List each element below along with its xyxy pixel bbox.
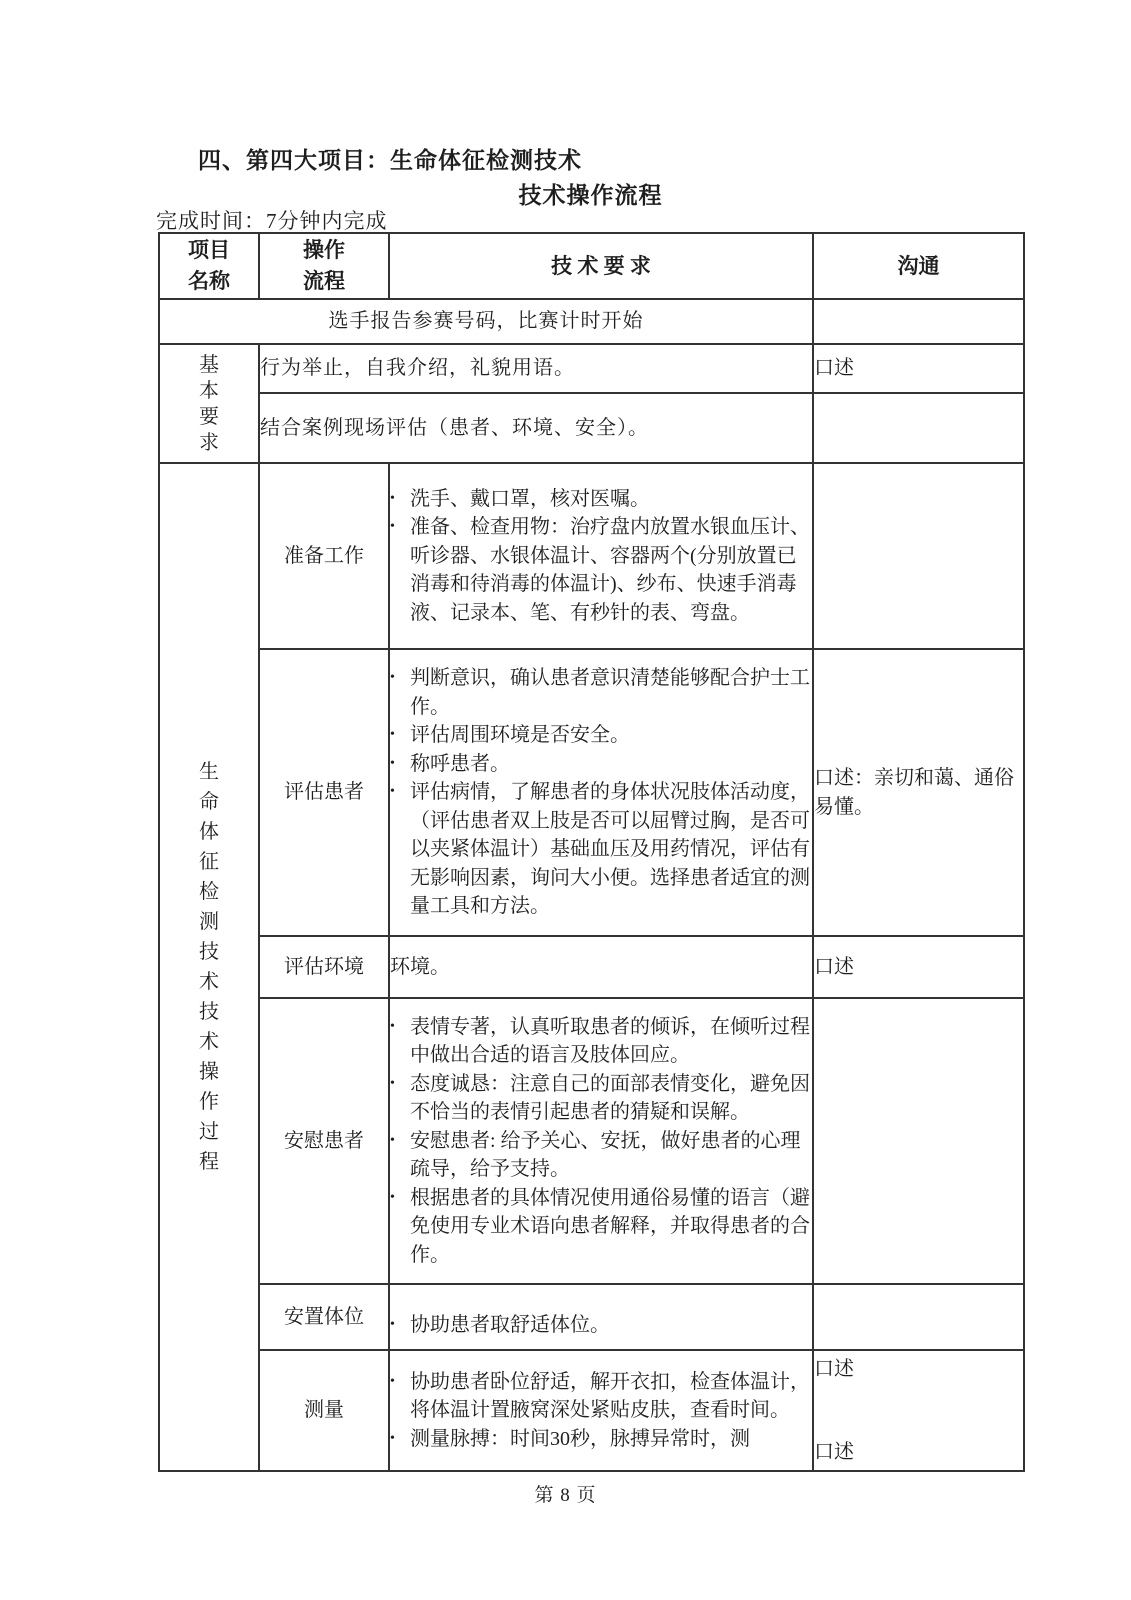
bullet-item: •评估周围环境是否安全。 — [390, 721, 812, 750]
header-cell-communication: 沟通 — [813, 233, 1024, 299]
communication-assess-patient: 口述：亲切和蔼、通俗易懂。 — [813, 649, 1024, 936]
step-name-positioning: 安置体位 — [259, 1284, 389, 1350]
page-number: 第 8 页 — [0, 1480, 1131, 1507]
bullet-item: •安慰患者: 给予关心、安抚，做好患者的心理疏导，给予支持。 — [390, 1127, 812, 1184]
completion-time-note: 完成时间：7分钟内完成 — [156, 205, 388, 235]
step-row-assess-environment: 评估环境 环境。 口述 — [159, 936, 1024, 998]
communication-positioning — [813, 1284, 1024, 1350]
section-heading: 四、第四大项目：生命体征检测技术 — [198, 142, 582, 175]
bullet-item: •态度诚恳：注意自己的面部表情变化，避免因不恰当的表情引起患者的猜疑和误解。 — [390, 1070, 812, 1127]
header-cell-project-name: 项目 名称 — [159, 233, 259, 299]
bullet-text: 安慰患者: 给予关心、安抚，做好患者的心理疏导，给予支持。 — [410, 1127, 812, 1184]
bullet-item: •判断意识，确认患者意识清楚能够配合护士工作。 — [390, 664, 812, 721]
communication-comfort-patient — [813, 998, 1024, 1284]
bullet-item: •表情专著，认真听取患者的倾诉，在倾听过程中做出合适的语言及肢体回应。 — [390, 1013, 812, 1070]
text-assess-environment: 环境。 — [389, 936, 813, 998]
communication-assess-environment: 口述 — [813, 936, 1024, 998]
bullet-dot-icon: • — [390, 750, 410, 779]
bullet-dot-icon: • — [390, 513, 410, 627]
bullet-item: •评估病情，了解患者的身体状况肢体活动度，（评估患者双上肢是否可以屈臂过胸，是否… — [390, 778, 812, 921]
bullet-dot-icon: • — [390, 778, 410, 921]
bullet-text: 态度诚恳：注意自己的面部表情变化，避免因不恰当的表情引起患者的猜疑和误解。 — [410, 1070, 812, 1127]
basic-section-label: 基 本 要 求 — [159, 344, 259, 463]
bullet-item: •称呼患者。 — [390, 750, 812, 779]
announce-row: 选手报告参赛号码，比赛计时开始 — [159, 299, 1024, 344]
announce-text: 选手报告参赛号码，比赛计时开始 — [159, 299, 813, 344]
step-row-measurement: 测量 •协助患者卧位舒适，解开衣扣，检查体温计，将体温计置腋窝深处紧贴皮肤，查看… — [159, 1350, 1024, 1471]
step-name-measurement: 测量 — [259, 1350, 389, 1471]
bullet-text: 称呼患者。 — [410, 750, 812, 779]
bullet-text: 协助患者卧位舒适，解开衣扣，检查体温计，将体温计置腋窝深处紧贴皮肤，查看时间。 — [410, 1368, 812, 1425]
communication-preparation — [813, 463, 1024, 649]
header-cell-requirements: 技 术 要 求 — [389, 233, 813, 299]
announce-communication — [813, 299, 1024, 344]
bullet-text: 表情专著，认真听取患者的倾诉，在倾听过程中做出合适的语言及肢体回应。 — [410, 1013, 812, 1070]
bullet-dot-icon: • — [390, 1368, 410, 1425]
step-row-preparation: 生 命 体 征 检 测 技 术 技 术 操 作 过 程 准备工作 •洗手、戴口罩… — [159, 463, 1024, 649]
bullet-item: •根据患者的具体情况使用通俗易懂的语言（避免使用专业术语向患者解释，并取得患者的… — [390, 1184, 812, 1270]
bullet-text: 测量脉搏：时间30秒，脉搏异常时，测 — [410, 1425, 812, 1454]
bullet-text: 判断意识，确认患者意识清楚能够配合护士工作。 — [410, 664, 812, 721]
basic-communication-2 — [813, 393, 1024, 463]
bullet-list-positioning: •协助患者取舒适体位。 — [389, 1284, 813, 1350]
bullet-dot-icon: • — [390, 1070, 410, 1127]
main-section-label: 生 命 体 征 检 测 技 术 技 术 操 作 过 程 — [159, 463, 259, 1471]
bullet-dot-icon: • — [390, 1127, 410, 1184]
bullet-dot-icon: • — [390, 485, 410, 514]
bullet-list-comfort-patient: •表情专著，认真听取患者的倾诉，在倾听过程中做出合适的语言及肢体回应。•态度诚恳… — [389, 998, 813, 1284]
communication-measurement-line-1: 口述 — [814, 1355, 1023, 1384]
basic-row-2: 结合案例现场评估（患者、环境、安全）。 — [159, 393, 1024, 463]
bullet-text: 评估病情，了解患者的身体状况肢体活动度，（评估患者双上肢是否可以屈臂过胸，是否可… — [410, 778, 812, 921]
header-cell-process: 操作 流程 — [259, 233, 389, 299]
bullet-list-measurement: •协助患者卧位舒适，解开衣扣，检查体温计，将体温计置腋窝深处紧贴皮肤，查看时间。… — [389, 1350, 813, 1471]
table-header-row: 项目 名称 操作 流程 技 术 要 求 沟通 — [159, 233, 1024, 299]
bullet-text: 评估周围环境是否安全。 — [410, 721, 812, 750]
bullet-item: •协助患者卧位舒适，解开衣扣，检查体温计，将体温计置腋窝深处紧贴皮肤，查看时间。 — [390, 1368, 812, 1425]
bullet-text: 准备、检查用物：治疗盘内放置水银血压计、听诊器、水银体温计、容器两个(分别放置已… — [410, 513, 812, 627]
bullet-item: •协助患者取舒适体位。 — [390, 1311, 812, 1340]
communication-measurement-line-2: 口述 — [814, 1438, 1023, 1467]
step-row-comfort-patient: 安慰患者 •表情专著，认真听取患者的倾诉，在倾听过程中做出合适的语言及肢体回应。… — [159, 998, 1024, 1284]
bullet-dot-icon: • — [390, 1425, 410, 1454]
procedure-table: 项目 名称 操作 流程 技 术 要 求 沟通 选手报告参赛号码，比赛计时开始 基… — [158, 232, 1025, 1472]
step-name-assess-environment: 评估环境 — [259, 936, 389, 998]
bullet-list-preparation: •洗手、戴口罩，核对医嘱。•准备、检查用物：治疗盘内放置水银血压计、听诊器、水银… — [389, 463, 813, 649]
bullet-item: •准备、检查用物：治疗盘内放置水银血压计、听诊器、水银体温计、容器两个(分别放置… — [390, 513, 812, 627]
bullet-dot-icon: • — [390, 1013, 410, 1070]
basic-communication-1: 口述 — [813, 344, 1024, 393]
document-page: 四、第四大项目：生命体征检测技术 技术操作流程 完成时间：7分钟内完成 项目 名… — [0, 0, 1131, 1600]
step-name-assess-patient: 评估患者 — [259, 649, 389, 936]
bullet-dot-icon: • — [390, 1311, 410, 1340]
basic-requirement-1: 行为举止，自我介绍，礼貌用语。 — [259, 344, 813, 393]
bullet-dot-icon: • — [390, 664, 410, 721]
step-row-assess-patient: 评估患者 •判断意识，确认患者意识清楚能够配合护士工作。•评估周围环境是否安全。… — [159, 649, 1024, 936]
bullet-text: 洗手、戴口罩，核对医嘱。 — [410, 485, 812, 514]
step-row-positioning: 安置体位 •协助患者取舒适体位。 — [159, 1284, 1024, 1350]
basic-requirement-2: 结合案例现场评估（患者、环境、安全）。 — [259, 393, 813, 463]
bullet-list-assess-patient: •判断意识，确认患者意识清楚能够配合护士工作。•评估周围环境是否安全。•称呼患者… — [389, 649, 813, 936]
communication-measurement: 口述 口述 — [813, 1350, 1024, 1471]
step-name-comfort-patient: 安慰患者 — [259, 998, 389, 1284]
bullet-item: •测量脉搏：时间30秒，脉搏异常时，测 — [390, 1425, 812, 1454]
bullet-dot-icon: • — [390, 721, 410, 750]
bullet-text: 根据患者的具体情况使用通俗易懂的语言（避免使用专业术语向患者解释，并取得患者的合… — [410, 1184, 812, 1270]
bullet-text: 协助患者取舒适体位。 — [410, 1311, 812, 1340]
bullet-item: •洗手、戴口罩，核对医嘱。 — [390, 485, 812, 514]
basic-row-1: 基 本 要 求 行为举止，自我介绍，礼貌用语。 口述 — [159, 344, 1024, 393]
bullet-dot-icon: • — [390, 1184, 410, 1270]
step-name-preparation: 准备工作 — [259, 463, 389, 649]
